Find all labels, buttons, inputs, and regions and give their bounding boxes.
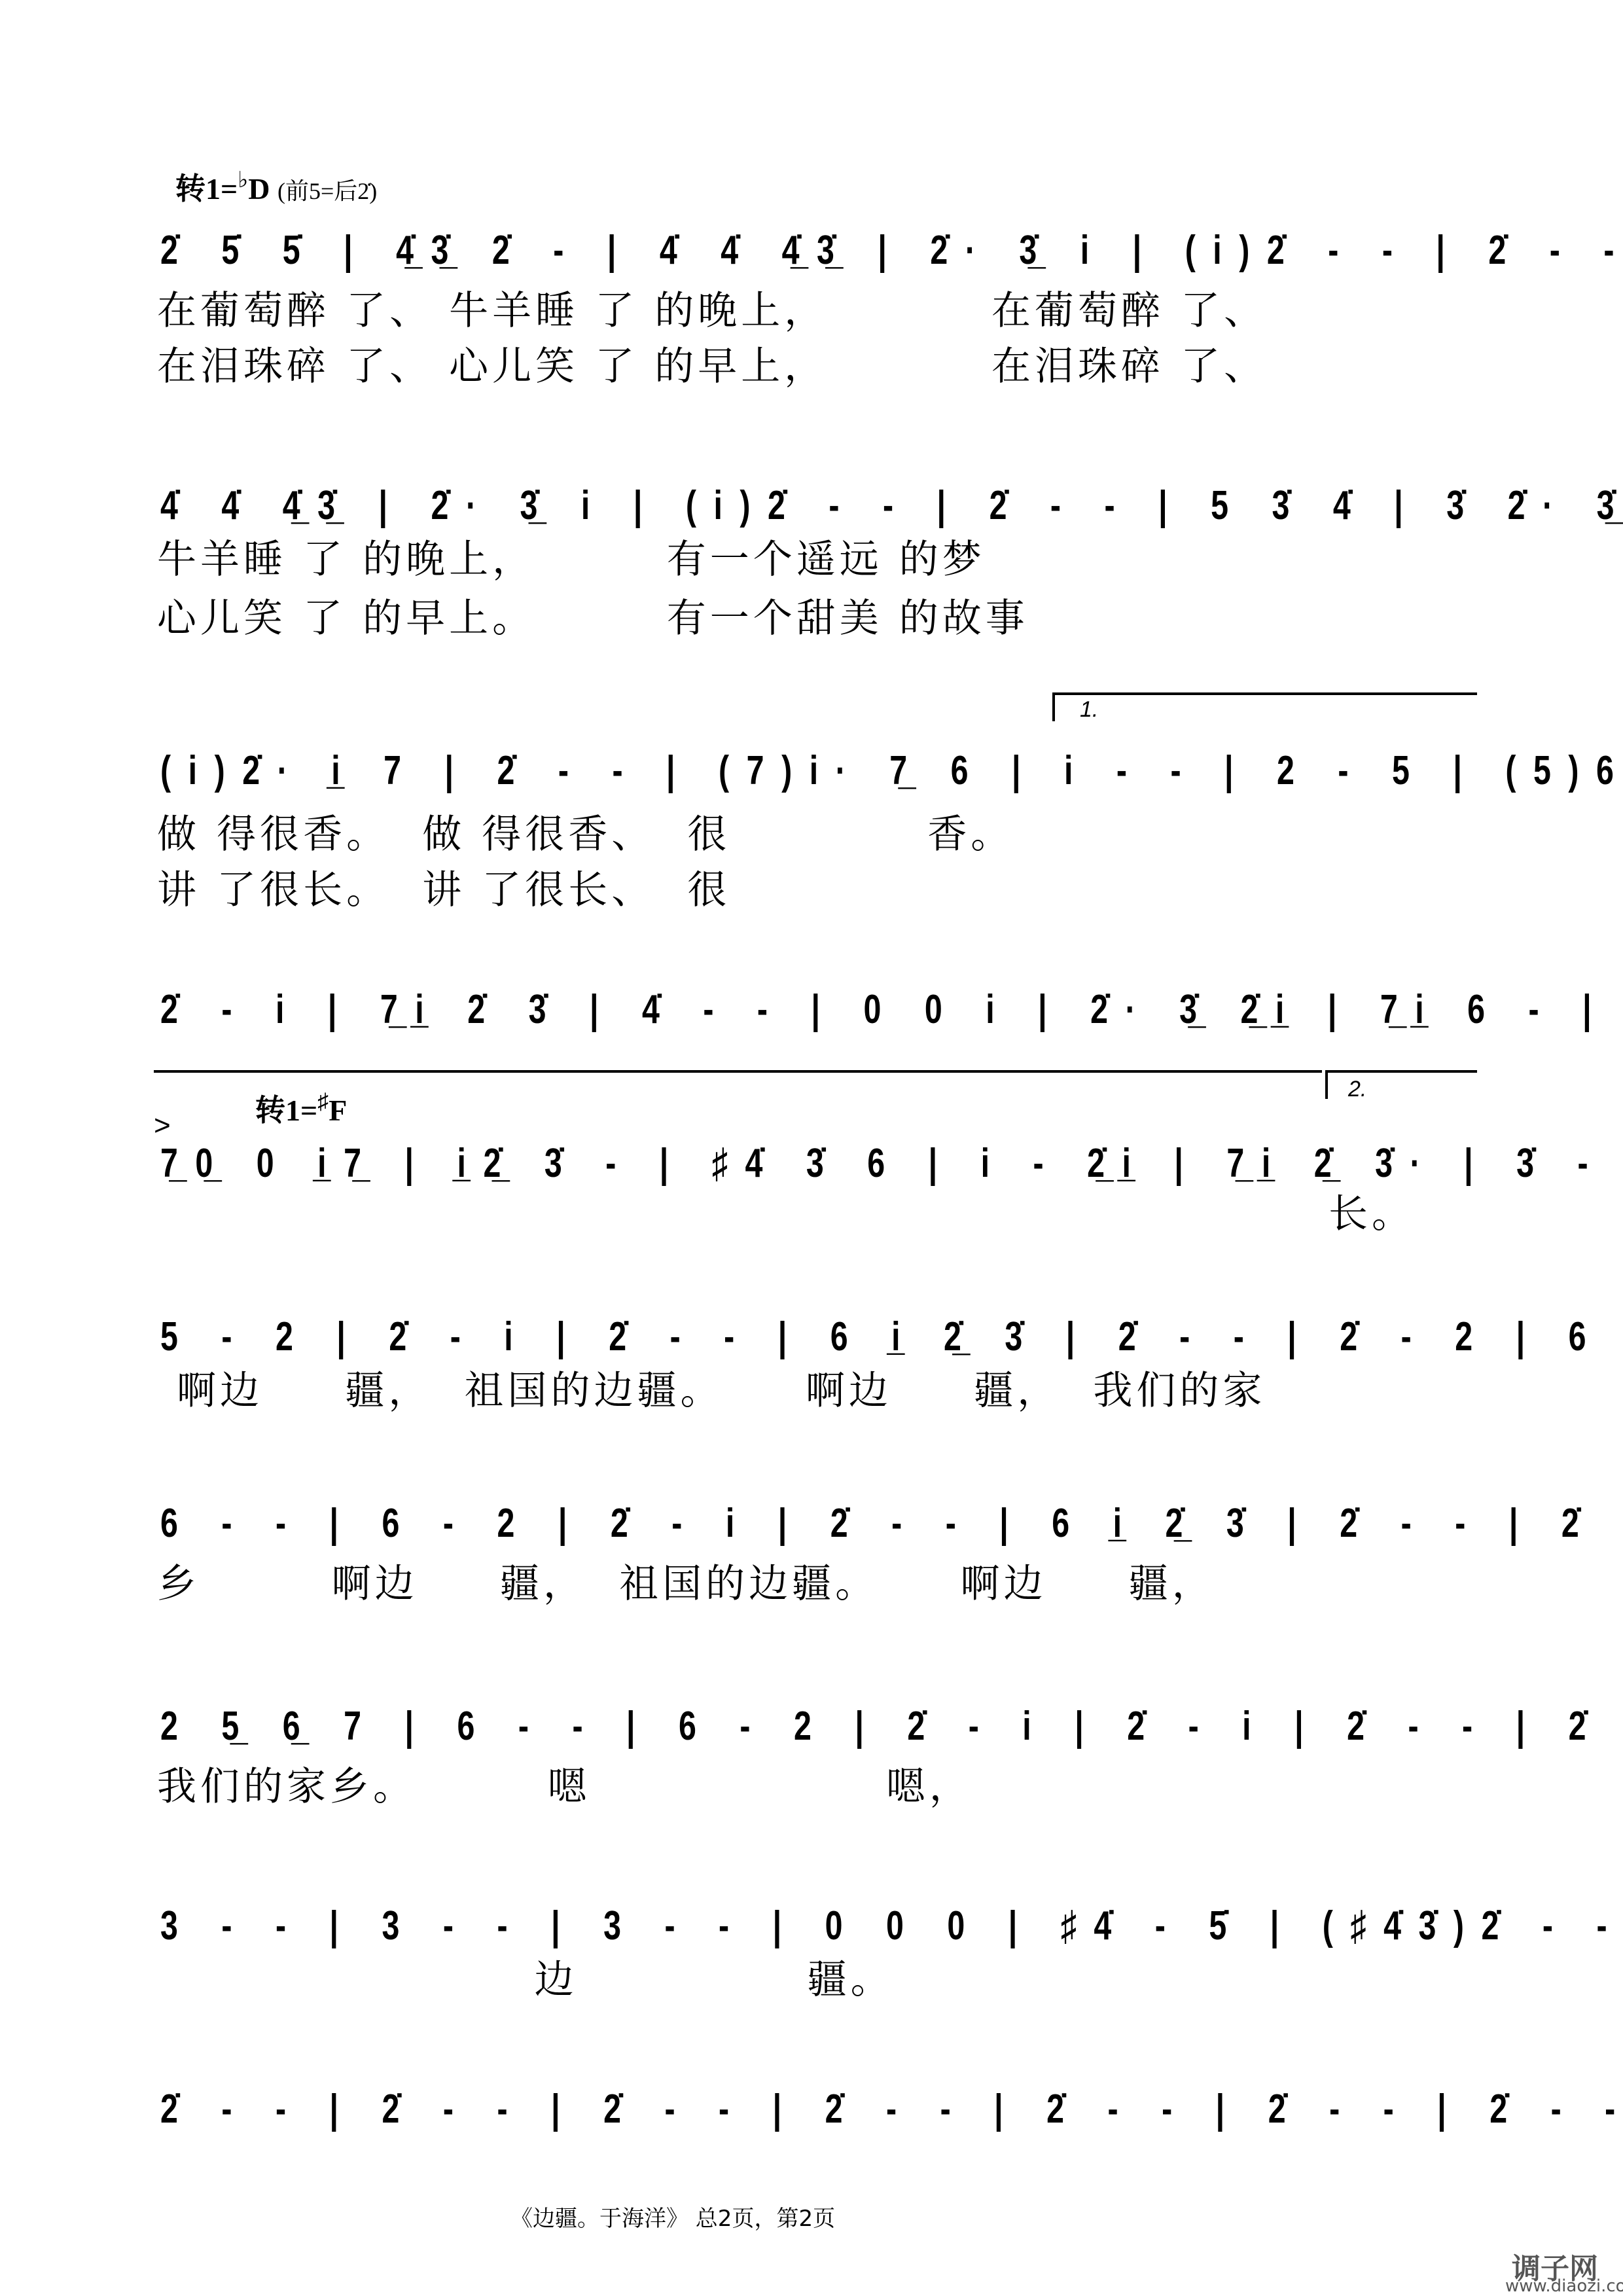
key-prefix: 转1= xyxy=(255,1094,317,1127)
sharp-icon: ♯ xyxy=(317,1090,329,1114)
lyric-line: 乡 啊边 疆， 祖国的边疆。 啊边 疆， xyxy=(157,1558,1215,1610)
lyric-verse-2: 心儿笑 了 的早上。 有一个甜美 的故事 xyxy=(157,592,1029,645)
second-ending-label: 2. xyxy=(1348,1077,1366,1102)
staff-system-4: 2̇ - i | 7̲i̲ 2̇ 3̇ | 4̇ - - | 0 0 i | 2… xyxy=(151,975,1472,1054)
notation-line: 6 - - | 6 - 2 | 2̇ - i | 2̇ - - | 6 i̲ 2… xyxy=(160,1501,1623,1547)
first-ending-label: 1. xyxy=(1080,697,1098,723)
notation-line: 7̲0̲ 0 i̲7̲ | i̲2̲̇ 3̇ - | ♯4̇ 3̇ 6 | i … xyxy=(160,1141,1623,1187)
key-note: (前5=后2̇) xyxy=(277,178,377,204)
notation-line: 2 5̲ 6̲ 7 | 6 - - | 6 - 2 | 2̇ - i | 2̇ … xyxy=(160,1704,1623,1749)
notation-line: 4̇ 4̇ 4̲̇3̲̇ | 2̇· 3̲̇ i | (i)2̇ - - | 2… xyxy=(160,483,1623,529)
lyric-verse-1: 在葡萄醉 了、 牛羊睡 了 的晚上， 在葡萄醉 了、 xyxy=(157,285,1267,337)
notation-line: 5 - 2 | 2̇ - i | 2̇ - - | 6 i̲ 2̲̇ 3̇ | … xyxy=(160,1314,1623,1360)
first-ending-continuation xyxy=(154,1070,1322,1073)
staff-system-7: 6 - - | 6 - 2 | 2̇ - i | 2̇ - - | 6 i̲ 2… xyxy=(151,1489,1472,1568)
lyric-verse-2: 讲 了很长。 讲 了很长、 很 xyxy=(157,864,730,916)
flat-icon: ♭ xyxy=(238,168,248,192)
staff-system-8: 2 5̲ 6̲ 7 | 6 - - | 6 - 2 | 2̇ - i | 2̇ … xyxy=(151,1692,1472,1770)
notation-line: 2̇ - i | 7̲i̲ 2̇ 3̇ | 4̇ - - | 0 0 i | 2… xyxy=(160,987,1623,1033)
notation-line: 3 - - | 3 - - | 3 - - | 0 0 0 | ♯4̇ - 5̇… xyxy=(160,1903,1623,1949)
lyric-verse-1: 牛羊睡 了 的晚上， 有一个遥远 的梦 xyxy=(157,533,986,586)
key-name: F xyxy=(329,1094,347,1127)
staff-system-10: 2̇ - - | 2̇ - - | 2̇ - - | 2̇ - - | 2̇ -… xyxy=(151,2075,1472,2153)
lyric-line: 啊边 疆， 祖国的边疆。 啊边 疆， 我们的家 xyxy=(177,1365,1266,1417)
lyric-line: 我们的家乡。 嗯 嗯， xyxy=(157,1761,972,1813)
key-name: D xyxy=(248,172,270,206)
staff-system-1: 2̇ 5̇ 5̇ | 4̲̇3̲̇ 2̇ - | 4̇ 4̇ 4̲̇3̲̇ | … xyxy=(151,216,1472,295)
lyric-line: 边 疆。 xyxy=(157,1954,894,2006)
notation-line: 2̇ 5̇ 5̇ | 4̲̇3̲̇ 2̇ - | 4̇ 4̇ 4̲̇3̲̇ | … xyxy=(160,228,1623,274)
key-change-d-flat: 转1=♭D (前5=后2̇) xyxy=(175,165,377,208)
staff-system-5: 7̲0̲ 0 i̲7̲ | i̲2̲̇ 3̇ - | ♯4̇ 3̇ 6 | i … xyxy=(151,1129,1472,1208)
page-footer: 《边疆。于海洋》 总2页，第2页 xyxy=(510,2200,835,2233)
key-change-f-sharp: 转1=♯F xyxy=(255,1086,347,1130)
notation-line: 2̇ - - | 2̇ - - | 2̇ - - | 2̇ - - | 2̇ -… xyxy=(160,2087,1623,2132)
watermark-url: www.diaozi.com xyxy=(1505,2276,1623,2296)
staff-system-3: (i)2̇· i̲ 7 | 2̇ - - | (7)i· 7̲ 6 | i - … xyxy=(151,736,1472,815)
first-ending-bracket xyxy=(1052,692,1477,721)
lyric-line: 长。 xyxy=(1329,1188,1415,1240)
notation-line: (i)2̇· i̲ 7 | 2̇ - - | (7)i· 7̲ 6 | i - … xyxy=(160,748,1623,794)
lyric-verse-1: 做 得很香。 做 得很香、 很 香。 xyxy=(157,808,1014,861)
lyric-verse-2: 在泪珠碎 了、 心儿笑 了 的早上， 在泪珠碎 了、 xyxy=(157,340,1267,393)
key-prefix: 转1= xyxy=(175,172,238,206)
